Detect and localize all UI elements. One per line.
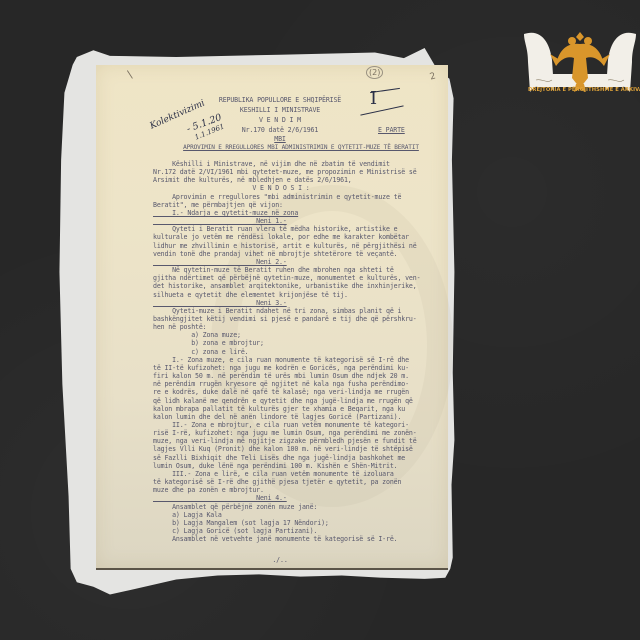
document-line: Nr.172 datë 2/VI/1961 mbi qytetet-muze, … [153,168,420,176]
document-line: kulturale jo vetëm me rëndësi lokale, po… [153,233,420,241]
document-line: gjitha ndërtimet që përbëjnë qytetin-muz… [153,274,420,282]
header-council: KESHILLI I MINISTRAVE [180,106,380,114]
header-republic: REPUBLIKA POPULLORE E SHQIPËRISË [180,96,380,104]
document-line: që lidh kalanë me qendrën e qytetit dhe … [153,397,420,405]
document-line: Neni 3.- [153,299,420,307]
document-line: c) Lagja Goricë (sot lagja Partizani). [153,527,420,535]
document-line: kalon lumin dhe del në anën lindore të l… [153,413,420,421]
document-line: Ansamblet që përbëjnë zonën muze janë: [153,503,420,511]
document-line: III.- Zona e lirë, e cila ruan vetëm mon… [153,470,420,478]
document-line: Beratit", me përmbajtjen që vijon: [153,201,420,209]
document-line: I.- Zona muze, e cila ruan monumente të … [153,356,420,364]
document-line: lidhur me zhvillimin e historisë, artit … [153,242,420,250]
document-line: hen në poshtë: [153,323,420,331]
document-line: bashkëngjitet këtij vendimi si pjesë e p… [153,315,420,323]
document-line: b) Lagja Mangalem (sot lagja 17 Nëndori)… [153,519,420,527]
document-line: Ansamblet në vetvehte janë monumente të … [153,535,420,543]
document-line: Qyteti-muze i Beratit ndahet në tri zona… [153,307,420,315]
document-line: b) zona e mbrojtur; [153,339,420,347]
document-line: muze, nga veri-lindja më ngjitje zigzake… [153,437,420,445]
document-line: të II-të kufizohet: nga jugu me kodrën e… [153,364,420,372]
document-line: kalon mbrapa pallatit të kulturës gjer t… [153,405,420,413]
document-line: V E N D O S I : [153,184,420,192]
document-line: c) zona e lirë. [153,348,420,356]
document-body: Këshilli i Ministrave, në vijim dhe në z… [153,160,420,543]
header-mbi: MBI [180,135,380,143]
document-line: silhueta e qytetit dhe elementet krijonj… [153,291,420,299]
document-line: në perëndim rrugën kryesore që ngjitet n… [153,380,420,388]
document-line: Neni 4.- [153,494,420,502]
document-line: të kategorisë së I-rë dhe gjithë pjesa t… [153,478,420,486]
document-line: a) Lagja Kala [153,511,420,519]
document-line: lumin Osum, duke lënë nga perëndimi 100 … [153,462,420,470]
document-line: det historike, ansamblet arqitektonike, … [153,282,420,290]
document-line: firi kalon 50 m. në perëndim të urës mbi… [153,372,420,380]
continuation-mark: ./.. [260,556,300,564]
document-line: së Fazlli Bixhiqit dhe Teli Lisës dhe ng… [153,454,420,462]
document-line: risë I-rë, kufizohet: nga jugu me lumin … [153,429,420,437]
document-line: lagjes Vlli Kuq (Pronit) dhe kalon 100 m… [153,445,420,453]
document-line: Këshilli i Ministrave, në vijim dhe në z… [153,160,420,168]
document-line: Arsimit dhe kulturës, në mbledhjen e dat… [153,176,420,184]
archive-emblem-icon [522,22,638,122]
document-title: APROVIMIN E RREGULLORES MBI ADMINISTRIMI… [158,144,444,152]
archive-name: DREJTORIA E PËRGJITHSHME E ARKIVAVE [528,87,636,93]
document-line: II.- Zona e mbrojtur, e cila ruan vetëm … [153,421,420,429]
document-line: muze dhe pa zonën e mbrojtur. [153,486,420,494]
document-line: re e kodrës, duke dalë në qafë të kalasë… [153,388,420,396]
document-line: a) Zona muze; [153,331,420,339]
document-line: Aprovimin e rregullores "mbi administrim… [153,193,420,201]
document-line: vendin tonë dhe prandaj vihet në mbrojtj… [153,250,420,258]
document-line: Qyteti i Beratit ruan vlera të mëdha his… [153,225,420,233]
header-part: E PARTE [378,126,405,134]
document-line: Neni 1.- [153,217,420,225]
document-line: Në qytetin-muze të Beratit ruhen dhe mbr… [153,266,420,274]
document-line: Neni 2.- [153,258,420,266]
document-line: I.- Ndarja e qytetit-muze në zona [153,209,420,217]
